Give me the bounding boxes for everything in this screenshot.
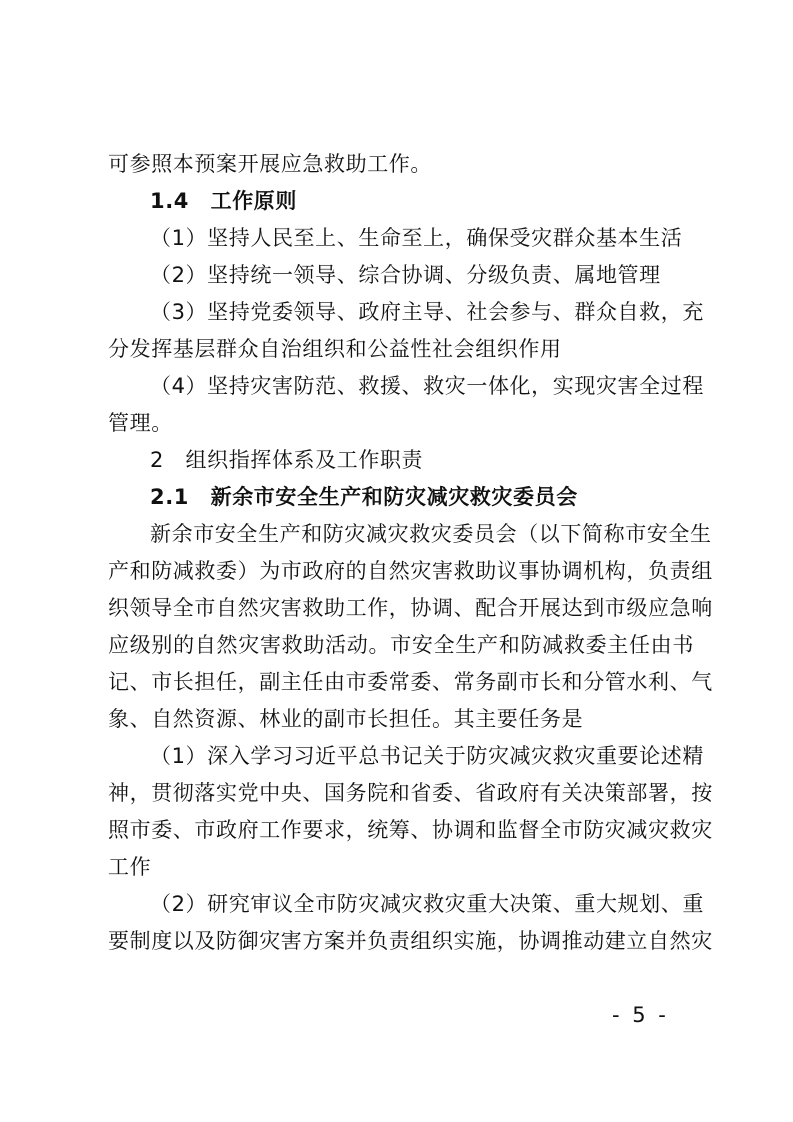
paragraph-line: 分发挥基层群众自治组织和公益性社会组织作用 (108, 331, 694, 368)
paragraph-line: 要制度以及防御灾害方案并负责组织实施，协调推动建立自然灾 (108, 923, 694, 960)
paragraph-line: 象、自然资源、林业的副市长担任。其主要任务是 (108, 701, 694, 738)
paragraph-line: 神，贯彻落实党中央、国务院和省委、省政府有关决策部署，按 (108, 775, 694, 812)
paragraph-line: 新余市安全生产和防灾减灾救灾委员会（以下简称市安全生 (108, 516, 694, 553)
principle-item-2: （2）坚持统一领导、综合协调、分级负责、属地管理 (108, 257, 694, 294)
task-item-1: （1）深入学习习近平总书记关于防灾减灾救灾重要论述精 (108, 738, 694, 775)
principle-item-1: （1）坚持人民至上、生命至上，确保受灾群众基本生活 (108, 220, 694, 257)
task-item-2: （2）研究审议全市防灾减灾救灾重大决策、重大规划、重 (108, 886, 694, 923)
paragraph-line: 工作 (108, 849, 694, 886)
principle-item-4: （4）坚持灾害防范、救援、救灾一体化，实现灾害全过程 (108, 368, 694, 405)
paragraph-line: 记、市长担任，副主任由市委常委、常务副市长和分管水利、气 (108, 664, 694, 701)
section-heading-2-1: 2.1 新余市安全生产和防灾减灾救灾委员会 (108, 479, 694, 516)
section-heading-2: 2 组织指挥体系及工作职责 (108, 442, 694, 479)
document-page: 可参照本预案开展应急救助工作。 1.4 工作原则 （1）坚持人民至上、生命至上，… (108, 146, 694, 960)
paragraph-line: 应级别的自然灾害救助活动。市安全生产和防减救委主任由书 (108, 627, 694, 664)
paragraph-line: 可参照本预案开展应急救助工作。 (108, 146, 694, 183)
paragraph-line: 照市委、市政府工作要求，统筹、协调和监督全市防灾减灾救灾 (108, 812, 694, 849)
page-number: - 5 - (612, 1003, 666, 1027)
paragraph-line: 产和防减救委）为市政府的自然灾害救助议事协调机构，负责组 (108, 553, 694, 590)
section-heading-1-4: 1.4 工作原则 (108, 183, 694, 220)
paragraph-line: 织领导全市自然灾害救助工作，协调、配合开展达到市级应急响 (108, 590, 694, 627)
principle-item-3: （3）坚持党委领导、政府主导、社会参与、群众自救，充 (108, 294, 694, 331)
paragraph-line: 管理。 (108, 405, 694, 442)
